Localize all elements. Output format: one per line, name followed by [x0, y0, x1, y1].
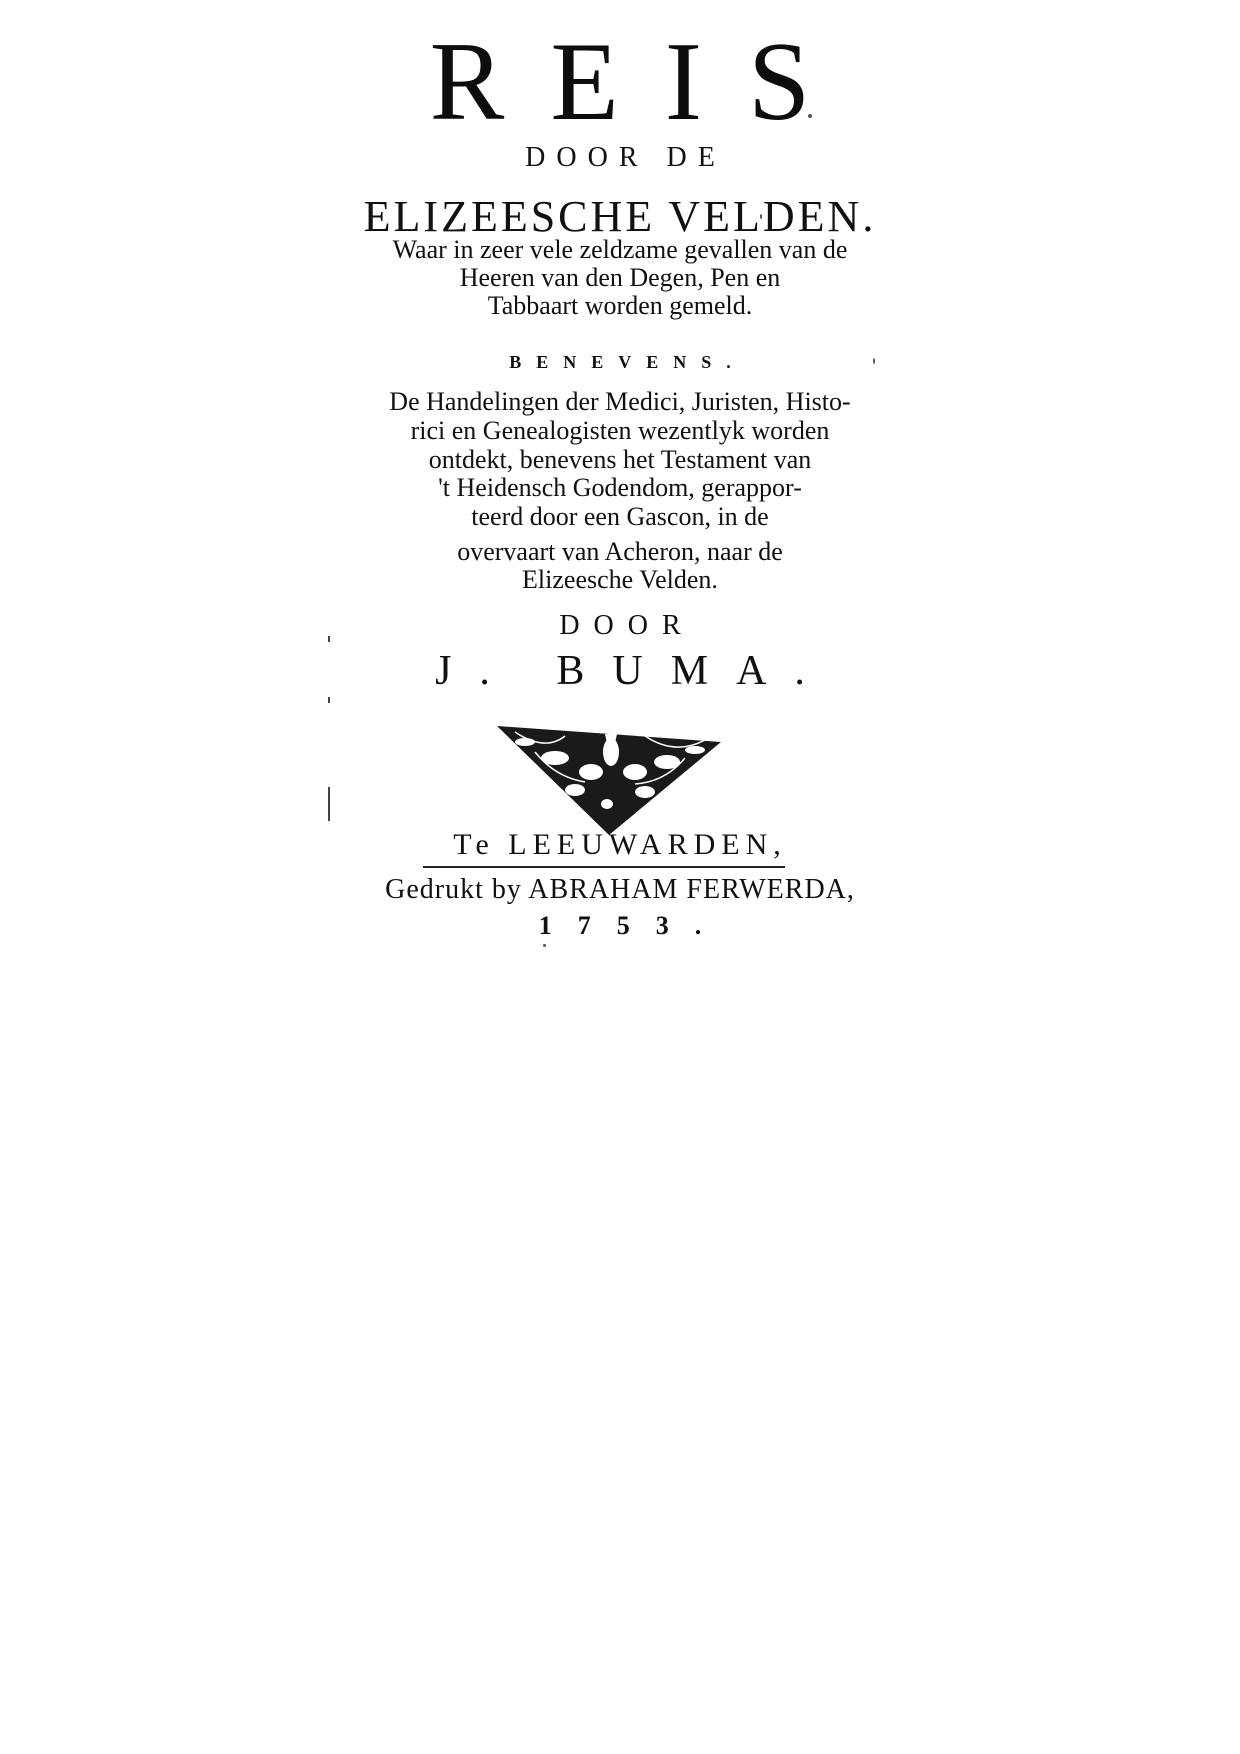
author-name: J. BUMA. — [0, 650, 1240, 692]
book-title: REIS — [0, 26, 1240, 138]
scan-speck — [760, 214, 762, 219]
imprint-printer: Gedrukt by ABRAHAM FERWERDA, — [0, 876, 1240, 904]
description-line: Waar in zeer vele zeldzame gevallen van … — [0, 237, 1240, 263]
body-line: rici en Genealogisten wezentlyk worden — [0, 418, 1240, 444]
imprint-year: 1753. — [0, 913, 1240, 939]
title-page: REIS DOOR DE ELIZEESCHE VELDEN. Waar in … — [0, 0, 1240, 1754]
imprint-place: Te LEEUWARDEN, — [0, 830, 1240, 860]
margin-mark — [328, 697, 330, 703]
scan-speck — [873, 358, 875, 364]
body-line: overvaart van Acheron, naar de — [0, 539, 1240, 565]
margin-mark — [328, 787, 330, 821]
body-line: teerd door een Gascon, in de — [0, 504, 1240, 530]
description-line: Tabbaart worden gemeld. — [0, 293, 1240, 319]
body-line: Elizeesche Velden. — [0, 567, 1240, 593]
scan-speck — [543, 944, 546, 947]
imprint-rule — [423, 866, 785, 868]
book-title-line-3: ELIZEESCHE VELDEN. — [0, 195, 1240, 239]
author-prefix: DOOR — [0, 612, 1240, 640]
book-title-line-2: DOOR DE — [0, 144, 1240, 172]
body-line: ontdekt, benevens het Testament van — [0, 447, 1240, 473]
body-line: 't Heidensch Godendom, gerappor- — [0, 475, 1240, 501]
margin-mark — [328, 636, 330, 642]
scan-speck — [808, 114, 812, 118]
floral-ornament-icon — [495, 722, 723, 837]
benevens-heading: BENEVENS. — [0, 353, 1240, 371]
description-line: Heeren van den Degen, Pen en — [0, 265, 1240, 291]
body-line: De Handelingen der Medici, Juristen, His… — [0, 389, 1240, 415]
